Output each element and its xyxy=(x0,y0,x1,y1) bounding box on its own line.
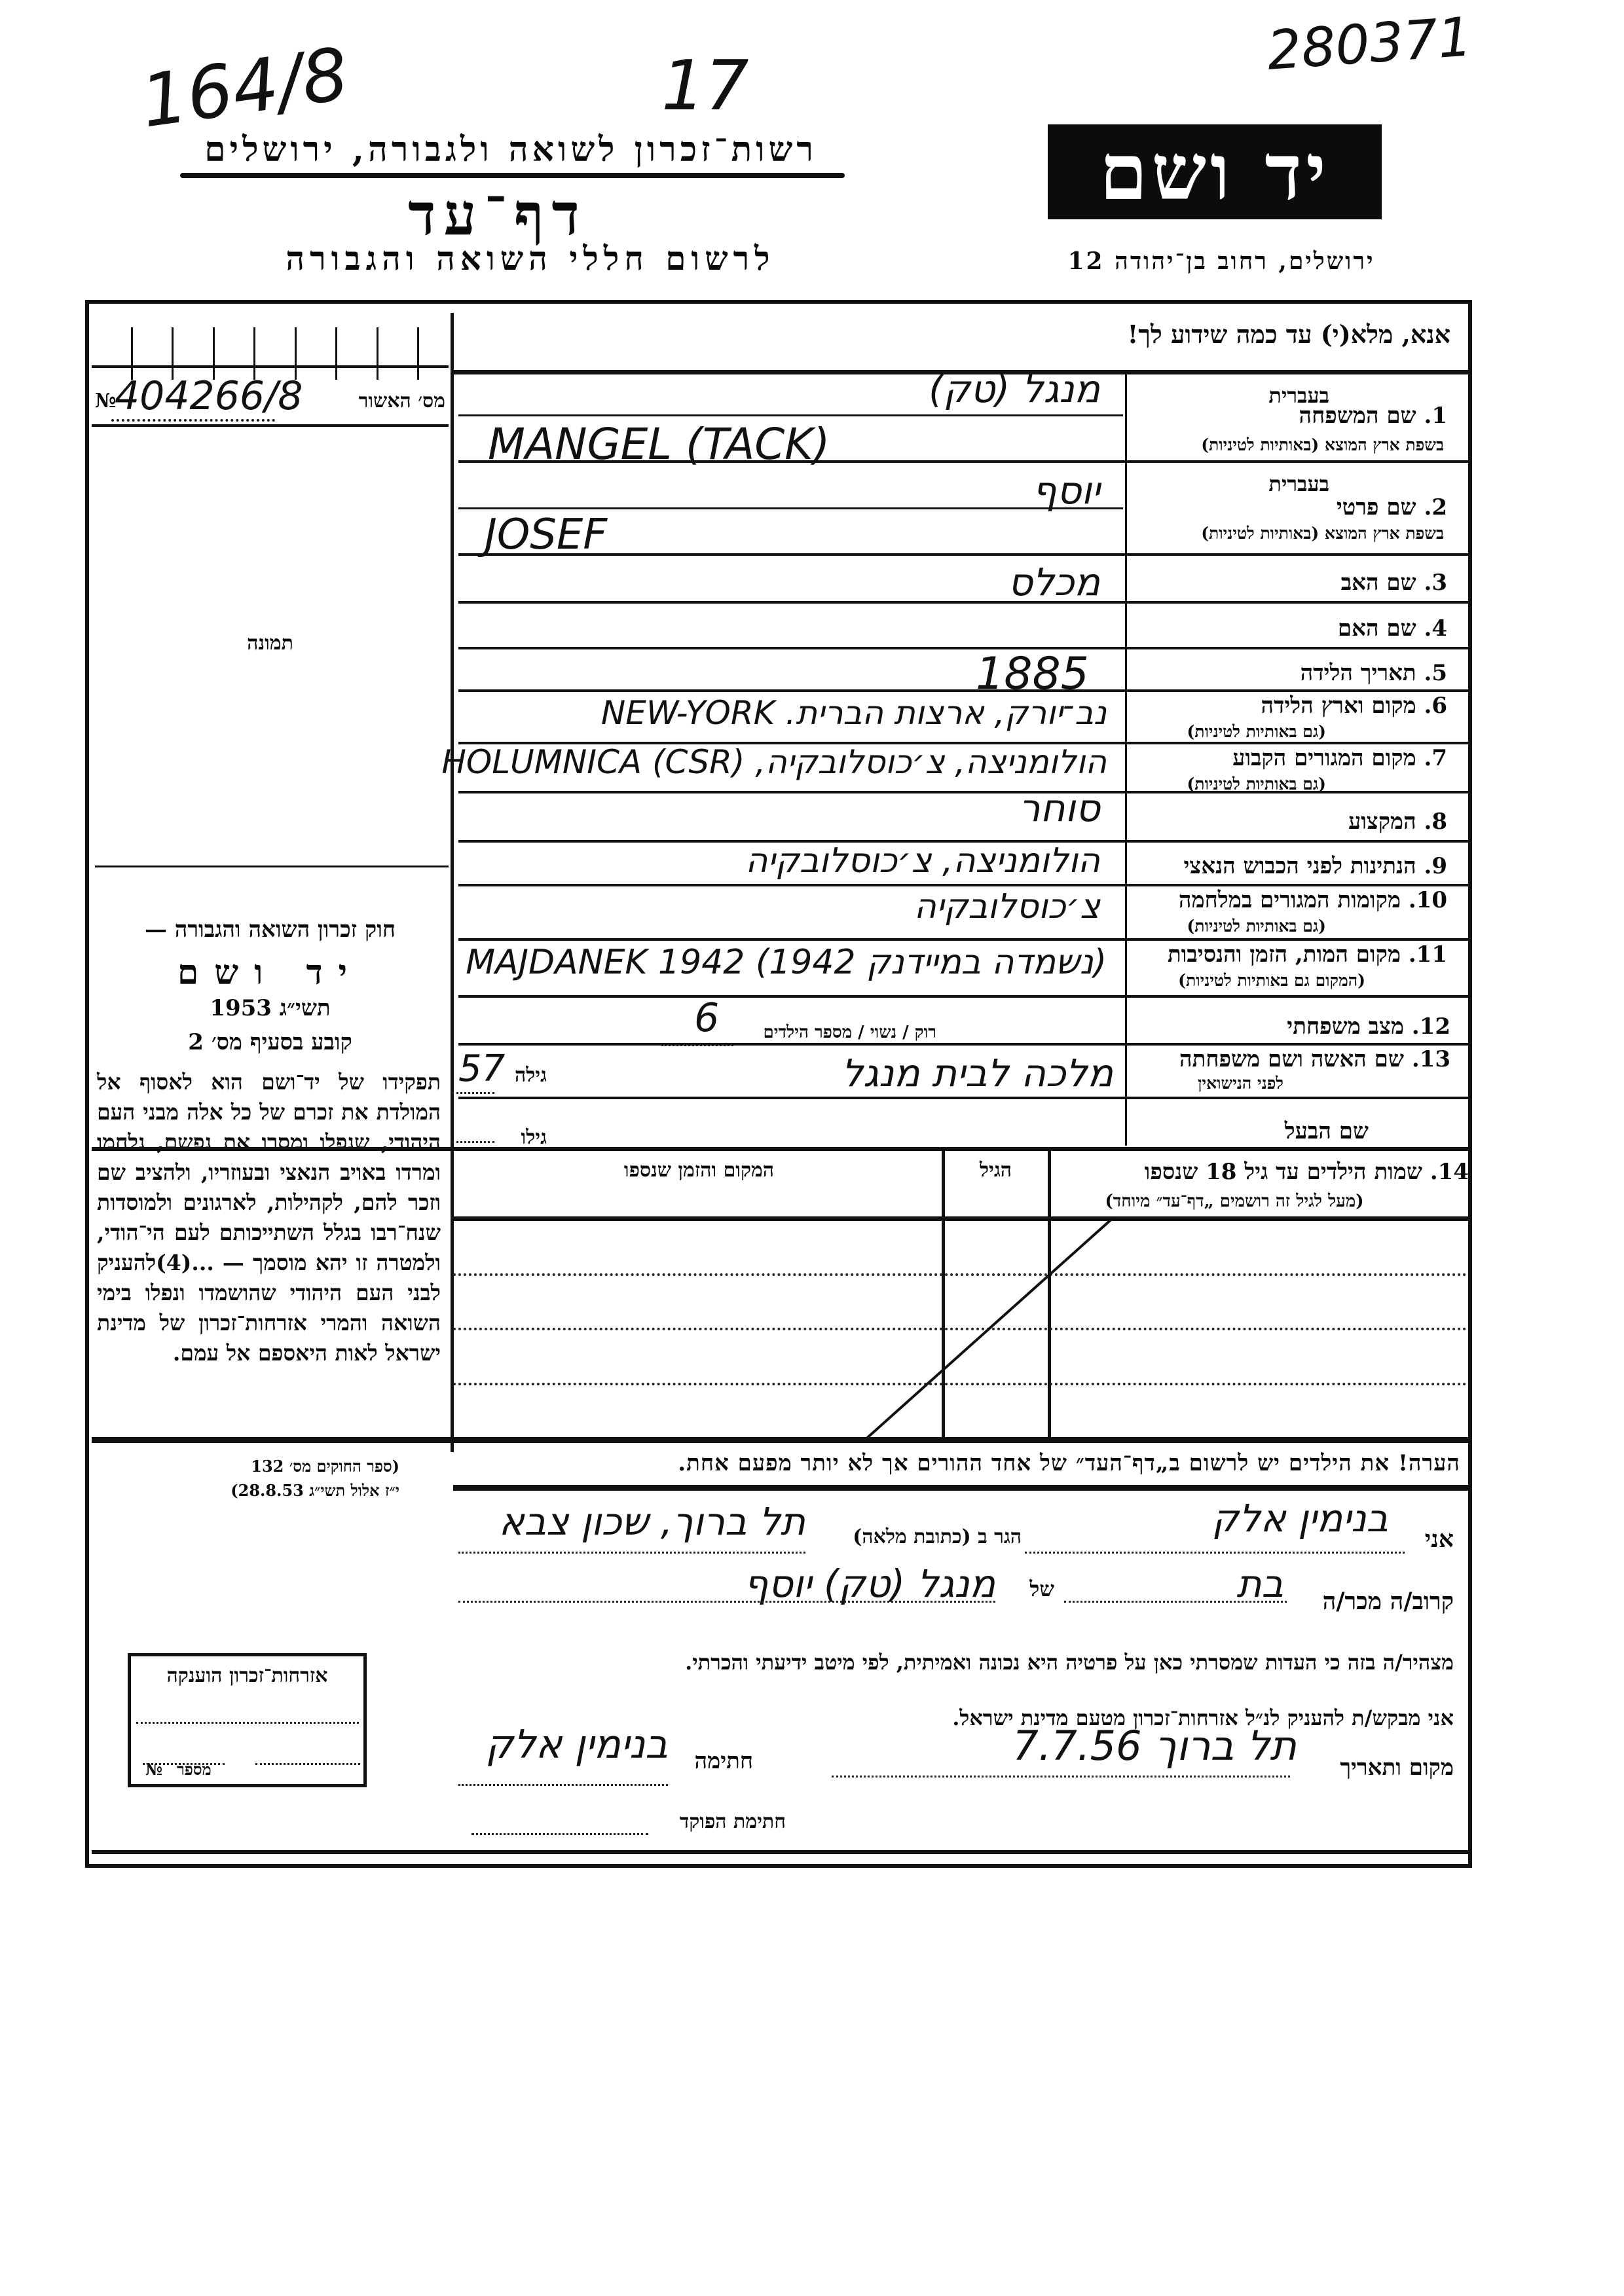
field-10-value[interactable]: צ׳כוסלובקיה xyxy=(720,887,1100,926)
field-12-bottom-line xyxy=(458,1043,1470,1046)
field-4-bottom-line xyxy=(458,647,1470,649)
handwritten-mark: 17 xyxy=(661,46,749,126)
husband-age-label: גילו xyxy=(494,1126,547,1149)
citizenship-number-label: מספר xyxy=(177,1760,212,1779)
page-subtitle: לרשום חללי השואה והגבורה xyxy=(262,239,799,278)
field-13-hint: לפני הנישואין xyxy=(1130,1074,1283,1093)
bottom-rule-1 xyxy=(92,1850,1470,1854)
field-9-number: 9. xyxy=(1424,853,1447,879)
field-11-hint: (המקום גם באותיות לטיניות) xyxy=(1130,971,1365,991)
field-11-number: 11. xyxy=(1409,941,1447,968)
organization-name: רשות־זכרון לשואה ולגבורה, ירושלים xyxy=(177,130,845,170)
field-3-value[interactable]: מכלס xyxy=(851,560,1100,604)
law-name: יד ושם xyxy=(92,953,449,993)
law-year: תשי״ג 1953 xyxy=(92,995,449,1021)
husband-age-line xyxy=(452,1141,494,1143)
declaration-residing-label: הגר ב (כתובת מלאה) xyxy=(812,1525,1022,1548)
field-2-mid-line xyxy=(458,507,1123,509)
declaration-of-line xyxy=(458,1601,995,1603)
field-2-hebrew-value[interactable]: יוסף xyxy=(851,468,1100,513)
officer-signature-label: חתימת הפוקד xyxy=(655,1810,786,1833)
children-table-number: 14. xyxy=(1430,1159,1469,1185)
certificate-top-line xyxy=(92,365,449,368)
wife-age-line xyxy=(452,1092,494,1094)
field-9-label-text: הנתינות לפני הכבוש הנאצי xyxy=(1184,853,1416,879)
declaration-relation-line xyxy=(1064,1601,1287,1603)
law-source-line2: י״ז אלול תשי״ג 28.8.53) xyxy=(92,1481,399,1501)
field-4-number: 4. xyxy=(1424,615,1447,642)
field-4-label: 4. שם האם xyxy=(1198,615,1447,642)
field-8-label-text: המקצוע xyxy=(1348,809,1416,835)
instruction-text: אנא, מלא(י) עד כמה שידוע לך! xyxy=(1080,319,1450,350)
field-4-label-text: שם האם xyxy=(1338,615,1416,642)
place-date-line xyxy=(832,1776,1290,1777)
field-12-number: 12. xyxy=(1412,1013,1450,1040)
law-body: תפקידו של יד־ושם הוא לאסוף אל המולדת את … xyxy=(97,1067,441,1368)
citizenship-number-line-right xyxy=(255,1763,360,1765)
certificate-no-symbol: № xyxy=(95,390,117,412)
declaration-statement: מצהיר/ה בזה כי העדות שמסרתי כאן על פרטיה… xyxy=(458,1650,1454,1675)
husband-name-label: שם הבעל xyxy=(1244,1118,1369,1144)
label-column-divider xyxy=(1125,373,1127,1146)
officer-signature-line xyxy=(471,1833,648,1835)
law-heading: חוק זכרון השואה והגבורה — xyxy=(92,917,449,943)
declaration-residing-value[interactable]: תל ברוך, שכון צבא xyxy=(426,1499,805,1544)
field-7-number: 7. xyxy=(1424,745,1447,771)
field-3-bottom-line xyxy=(458,601,1470,604)
field-6-value[interactable]: נב־יורק, ארצות הברית. NEW-YORK xyxy=(458,694,1107,732)
field-7-value[interactable]: הולומניצה, צ׳כוסלובקיה, HOLUMNICA (CSR) xyxy=(458,743,1107,781)
law-source-line1: (ספר החוקים מס׳ 132 xyxy=(92,1457,399,1476)
children-table-strikethrough xyxy=(445,1214,1493,1450)
field-2-number: 2. xyxy=(1424,494,1447,520)
logo-text: יד ושם xyxy=(1099,134,1330,211)
signature-line xyxy=(458,1784,668,1786)
field-2-label: 2. שם פרטי xyxy=(1198,494,1447,520)
field-6-number: 6. xyxy=(1424,693,1447,719)
field-5-bottom-line xyxy=(458,689,1470,692)
wife-name-value[interactable]: מלכה לבית מנגל xyxy=(616,1051,1113,1095)
field-3-number: 3. xyxy=(1424,570,1447,596)
field-7-label: 7. מקום המגורים הקבוע xyxy=(1198,745,1447,771)
header-underline xyxy=(180,173,845,178)
field-13-bottom-line xyxy=(458,1097,1470,1099)
certificate-number-value: 404266/8 xyxy=(115,373,303,419)
field-11-label-text: מקום המות, הזמן והנסיבות xyxy=(1168,941,1401,968)
field-8-value[interactable]: סוחר xyxy=(851,786,1100,830)
children-col-place-header: המקום והזמן שנספו xyxy=(458,1159,940,1182)
law-section: קובע בסעיף מס׳ 2 xyxy=(92,1029,449,1055)
field-10-label-text: מקומות המגורים במלחמה xyxy=(1179,887,1401,913)
husband-bottom-line xyxy=(92,1147,1470,1151)
place-date-label: מקום ותאריך xyxy=(1297,1755,1454,1781)
declaration-i-label: אני xyxy=(1401,1525,1454,1553)
note-bottom-line xyxy=(453,1485,1468,1491)
field-9-bottom-line xyxy=(458,884,1470,886)
field-13-number: 13. xyxy=(1412,1046,1450,1072)
field-10-hint: (גם באותיות לטיניות) xyxy=(1130,917,1326,936)
field-1-hebrew-value[interactable]: מנגל (טק) xyxy=(720,367,1100,411)
field-11-value[interactable]: (נשמדה במיידנק 1942) MAJDANEK 1942 xyxy=(458,943,1107,982)
children-table-title: 14. שמות הילדים עד גיל 18 שנספו xyxy=(1051,1159,1469,1185)
declaration-relation-label: קרוב/ה מכר/ה xyxy=(1290,1588,1454,1615)
children-col-age-header: הגיל xyxy=(945,1159,1046,1182)
field-9-value[interactable]: הולומניצה, צ׳כוסלובקיה xyxy=(589,841,1100,881)
yad-vashem-logo: יד ושם xyxy=(1048,124,1382,219)
citizenship-box-title: אזרחות־זכרון הוענקה xyxy=(131,1664,363,1687)
note-text: הערה! את הילדים יש לרשום ב„דף־העד״ של אח… xyxy=(458,1450,1460,1476)
field-5-value[interactable]: 1885 xyxy=(976,648,1089,700)
wife-age-value[interactable]: 57 xyxy=(458,1048,505,1090)
field-12-label: 12. מצב משפחתי xyxy=(1198,1013,1450,1040)
declaration-relation-value[interactable]: בת xyxy=(1153,1561,1283,1606)
field-3-label: 3. שם האב xyxy=(1198,570,1447,596)
field-5-label-text: תאריך הלידה xyxy=(1301,660,1416,686)
field-9-label: 9. הנתינות לפני הכבוש הנאצי xyxy=(1130,853,1447,879)
field-6-label-text: מקום וארץ הלידה xyxy=(1261,693,1416,719)
field-5-label: 5. תאריך הלידה xyxy=(1198,660,1447,686)
photo-box-bottom xyxy=(95,866,449,867)
signature-value[interactable]: בנימין אלק xyxy=(458,1722,668,1768)
field-1-bottom-line xyxy=(458,460,1470,463)
field-2-latin-hint: בשפת ארץ המוצא (באותיות לטיניות) xyxy=(1130,524,1444,543)
children-count-value[interactable]: 6 xyxy=(694,995,719,1041)
place-date-value[interactable]: תל ברוך 7.7.56 xyxy=(851,1722,1297,1770)
field-8-label: 8. המקצוע xyxy=(1198,809,1447,835)
signature-label: חתימה xyxy=(674,1748,753,1774)
field-13-label-text: שם האשה ושם משפחתה xyxy=(1179,1046,1404,1072)
field-10-bottom-line xyxy=(458,938,1470,941)
declaration-residing-line xyxy=(458,1552,805,1554)
field-1-label-text: שם המשפחה xyxy=(1299,403,1416,429)
field-2-bottom-line xyxy=(458,553,1470,556)
field-10-label: 10. מקומות המגורים במלחמה xyxy=(1130,887,1447,913)
field-7-label-text: מקום המגורים הקבוע xyxy=(1232,745,1416,771)
certificate-number-line xyxy=(111,419,275,422)
field-8-number: 8. xyxy=(1424,809,1447,835)
photo-label: תמונה xyxy=(92,632,449,655)
field-1-latin-hint: בשפת ארץ המוצא (באותיות לטיניות) xyxy=(1130,435,1444,455)
field-1-number: 1. xyxy=(1424,403,1447,429)
field-10-number: 10. xyxy=(1409,887,1447,913)
certificate-bottom-line xyxy=(92,424,449,427)
children-table-bottom xyxy=(92,1437,1470,1443)
field-5-number: 5. xyxy=(1424,660,1447,686)
handwritten-record-number: 280371 xyxy=(1265,6,1474,82)
field-6-label: 6. מקום וארץ הלידה xyxy=(1198,693,1447,719)
field-6-hint: (גם באותיות לטיניות) xyxy=(1130,722,1326,742)
declaration-of-label: של xyxy=(1008,1576,1054,1601)
field-13-label: 13. שם האשה ושם משפחתה xyxy=(1130,1046,1450,1072)
address: ירושלים, רחוב בן־יהודה 12 xyxy=(1061,247,1382,275)
field-1-mid-line xyxy=(458,414,1123,416)
citizenship-box-line xyxy=(136,1722,359,1724)
declaration-of-value[interactable]: מנגל (טק) יוסף xyxy=(458,1561,995,1606)
declaration-i-line xyxy=(1025,1552,1405,1554)
citizenship-box: אזרחות־זכרון הוענקה № מספר xyxy=(128,1653,367,1787)
field-2-label-text: שם פרטי xyxy=(1337,494,1416,520)
field-2-hebrew-hint: בעברית xyxy=(1198,471,1329,496)
field-11-bottom-line xyxy=(458,995,1470,998)
declaration-i-value[interactable]: בנימין אלק xyxy=(1061,1496,1388,1540)
field-3-label-text: שם האב xyxy=(1341,570,1416,596)
citizenship-number-symbol: № xyxy=(145,1760,162,1779)
children-table-hint: (מעל לגיל זה רושמים „דף־עד״ מיוחד) xyxy=(1051,1192,1418,1211)
field-1-label: 1. שם המשפחה xyxy=(1198,403,1447,429)
handwritten-file-number: 164/8 xyxy=(136,32,354,144)
children-table-title-text: שמות הילדים עד גיל 18 שנספו xyxy=(1145,1159,1422,1185)
field-12-label-text: מצב משפחתי xyxy=(1287,1013,1404,1040)
field-11-label: 11. מקום המות, הזמן והנסיבות xyxy=(1130,941,1447,968)
field-2-latin-value[interactable]: JOSEF xyxy=(485,511,607,559)
